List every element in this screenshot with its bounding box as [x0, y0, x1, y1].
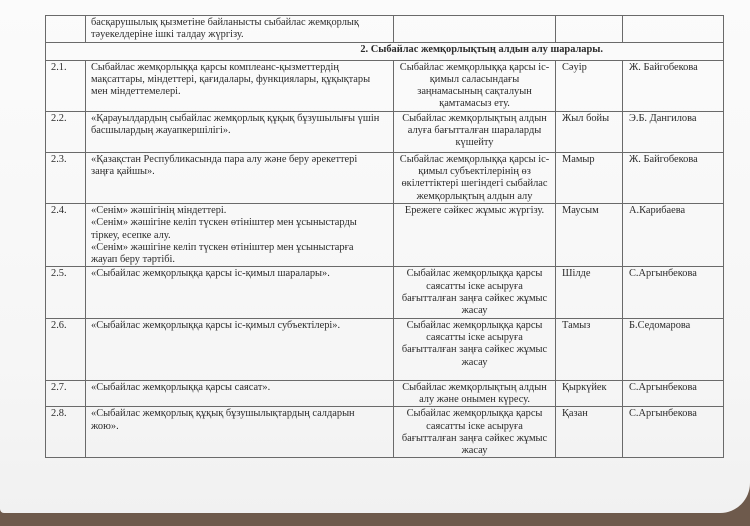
result-line: Сыбайлас жемқорлықтың алдын	[397, 382, 552, 394]
result-line: Сыбайлас жемқорлыққа қарсы	[397, 268, 552, 280]
cell-number: 2.3.	[46, 152, 86, 203]
table-row-continued: басқарушылық қызметіне байланысты сыбайл…	[46, 16, 724, 43]
cell-responsible	[623, 16, 724, 43]
cell-date: Шілде	[556, 267, 623, 318]
result-line: Сыбайлас жемқорлыққа қарсы іс-	[397, 62, 552, 74]
measure-line: заңға қайшы».	[91, 166, 389, 178]
table-row: 2.8.«Сыбайлас жемқорлық құқық бұзушылықт…	[46, 407, 724, 458]
result-line: заңнамасының сақталуын	[397, 86, 552, 98]
table-row: 2.4.«Сенім» жәшігінің міндеттері.«Сенім»…	[46, 203, 724, 266]
cell-date: Мамыр	[556, 152, 623, 203]
result-line: бағытталған заңға сәйкес жұмыс	[397, 433, 552, 445]
result-line: Сыбайлас жемқорлыққа қарсы іс-	[397, 154, 552, 166]
measure-line: мақсаттары, міндеттері, қағидалары, функ…	[91, 74, 389, 86]
result-line: қимыл саласындағы	[397, 74, 552, 86]
cell-responsible: С.Аргынбекова	[623, 267, 724, 318]
measure-line: «Сыбайлас жемқорлыққа қарсы іс-қимыл шар…	[91, 268, 389, 280]
measure-line: «Сыбайлас жемқорлыққа қарсы іс-қимыл суб…	[91, 320, 389, 332]
cell-date: Тамыз	[556, 318, 623, 380]
cell-result: Сыбайлас жемқорлықтың алдыналуға бағытта…	[394, 111, 556, 152]
cell-measure: «Қарауылдардың сыбайлас жемқорлық құқық …	[86, 111, 394, 152]
result-line: саясатты іске асыруға	[397, 332, 552, 344]
cell-number: 2.7.	[46, 380, 86, 407]
measure-line: «Сенім» жәшігіне келіп түскен өтініштер …	[91, 217, 389, 229]
measure-line: «Сенім» жәшігінің міндеттері.	[91, 205, 389, 217]
measure-line: «Сыбайлас жемқорлық құқық бұзушылықтарды…	[91, 408, 389, 420]
cell-result: Сыбайлас жемқорлыққа қарсы іс-қимыл сала…	[394, 60, 556, 111]
table-row: 2.3.«Қазақстан Республикасында пара алу …	[46, 152, 724, 203]
result-line: жасау	[397, 305, 552, 317]
section-header-row: 2. Сыбайлас жемқорлықтың алдын алу шарал…	[46, 42, 724, 60]
cell-date: Қыркүйек	[556, 380, 623, 407]
cell-responsible: А.Карибаева	[623, 203, 724, 266]
cell-date: Маусым	[556, 203, 623, 266]
result-line: Сыбайлас жемқорлыққа қарсы	[397, 320, 552, 332]
table-row: 2.7.«Сыбайлас жемқорлыққа қарсы саясат».…	[46, 380, 724, 407]
cell-responsible: Ж. Байгобекова	[623, 60, 724, 111]
cell-number: 2.1.	[46, 60, 86, 111]
table-row: 2.1.Сыбайлас жемқорлыққа қарсы комплеанс…	[46, 60, 724, 111]
result-line: алу және онымен күресу.	[397, 394, 552, 406]
measure-line: жауап беру тәртібі.	[91, 254, 389, 266]
cell-number: 2.4.	[46, 203, 86, 266]
cell-responsible: Ж. Байгобекова	[623, 152, 724, 203]
table-row: 2.6.«Сыбайлас жемқорлыққа қарсы іс-қимыл…	[46, 318, 724, 380]
table-row: 2.5.«Сыбайлас жемқорлыққа қарсы іс-қимыл…	[46, 267, 724, 318]
measure-line: Сыбайлас жемқорлыққа қарсы комплеанс-қыз…	[91, 62, 389, 74]
plan-table-container: басқарушылық қызметіне байланысты сыбайл…	[45, 15, 723, 458]
cell-result	[394, 16, 556, 43]
cell-measure: «Сыбайлас жемқорлыққа қарсы саясат».	[86, 380, 394, 407]
anti-corruption-plan-table: басқарушылық қызметіне байланысты сыбайл…	[45, 15, 724, 458]
cell-responsible: Э.Б. Дангилова	[623, 111, 724, 152]
table-row: 2.2.«Қарауылдардың сыбайлас жемқорлық құ…	[46, 111, 724, 152]
measure-line: «Қарауылдардың сыбайлас жемқорлық құқық …	[91, 113, 389, 125]
cell-result: Ережеге сәйкес жұмыс жүргізу.	[394, 203, 556, 266]
result-line: өкілеттіктері шегіндегі сыбайлас	[397, 178, 552, 190]
result-line: жемқорлықтың алдын алу	[397, 191, 552, 203]
cell-responsible: С.Аргынбекова	[623, 407, 724, 458]
cell-number	[46, 16, 86, 43]
cell-responsible: С.Аргынбекова	[623, 380, 724, 407]
cell-number: 2.8.	[46, 407, 86, 458]
result-line: қамтамасыз ету.	[397, 98, 552, 110]
measure-line: басқарушылық қызметіне байланысты сыбайл…	[91, 17, 389, 29]
result-line: алуға бағытталған шараларды	[397, 125, 552, 137]
measure-line: басшылардың жауапкершілігі».	[91, 125, 389, 137]
result-line: бағытталған заңға сәйкес жұмыс	[397, 293, 552, 305]
result-line: күшейту	[397, 137, 552, 149]
measure-line: «Сенім» жәшігіне келіп түскен өтініштер …	[91, 242, 389, 254]
measure-line: тәуекелдеріне ішкі талдау жүргізу.	[91, 29, 389, 41]
result-line: жасау	[397, 357, 552, 369]
cell-result: Сыбайлас жемқорлыққа қарсысаясатты іске …	[394, 318, 556, 380]
cell-result: Сыбайлас жемқорлыққа қарсысаясатты іске …	[394, 407, 556, 458]
result-line: бағытталған заңға сәйкес жұмыс	[397, 344, 552, 356]
result-line: саясатты іске асыруға	[397, 281, 552, 293]
cell-number: 2.6.	[46, 318, 86, 380]
measure-line: тіркеу, есепке алу.	[91, 230, 389, 242]
cell-measure: Сыбайлас жемқорлыққа қарсы комплеанс-қыз…	[86, 60, 394, 111]
cell-measure: «Сыбайлас жемқорлыққа қарсы іс-қимыл суб…	[86, 318, 394, 380]
document-page: басқарушылық қызметіне байланысты сыбайл…	[0, 0, 750, 513]
result-line: қимыл субъектілерінің өз	[397, 166, 552, 178]
result-line: Сыбайлас жемқорлықтың алдын	[397, 113, 552, 125]
cell-measure: «Сыбайлас жемқорлыққа қарсы іс-қимыл шар…	[86, 267, 394, 318]
cell-date: Жыл бойы	[556, 111, 623, 152]
result-line: Сыбайлас жемқорлыққа қарсы	[397, 408, 552, 420]
cell-number: 2.2.	[46, 111, 86, 152]
cell-result: Сыбайлас жемқорлыққа қарсысаясатты іске …	[394, 267, 556, 318]
cell-result: Сыбайлас жемқорлыққа қарсы іс-қимыл субъ…	[394, 152, 556, 203]
cell-date: Қазан	[556, 407, 623, 458]
section-title: 2. Сыбайлас жемқорлықтың алдын алу шарал…	[46, 42, 724, 60]
cell-measure: «Қазақстан Республикасында пара алу және…	[86, 152, 394, 203]
cell-date: Сәуір	[556, 60, 623, 111]
result-line: жасау	[397, 445, 552, 457]
cell-responsible: Б.Седомарова	[623, 318, 724, 380]
measure-line: жою».	[91, 421, 389, 433]
measure-line: «Сыбайлас жемқорлыққа қарсы саясат».	[91, 382, 389, 394]
cell-measure: «Сыбайлас жемқорлық құқық бұзушылықтарды…	[86, 407, 394, 458]
result-line: Ережеге сәйкес жұмыс жүргізу.	[397, 205, 552, 217]
cell-date	[556, 16, 623, 43]
cell-measure: басқарушылық қызметіне байланысты сыбайл…	[86, 16, 394, 43]
result-line: саясатты іске асыруға	[397, 421, 552, 433]
cell-number: 2.5.	[46, 267, 86, 318]
measure-line: мен міндеттемелері.	[91, 86, 389, 98]
cell-result: Сыбайлас жемқорлықтың алдыналу және оным…	[394, 380, 556, 407]
measure-line: «Қазақстан Республикасында пара алу және…	[91, 154, 389, 166]
cell-measure: «Сенім» жәшігінің міндеттері.«Сенім» жәш…	[86, 203, 394, 266]
